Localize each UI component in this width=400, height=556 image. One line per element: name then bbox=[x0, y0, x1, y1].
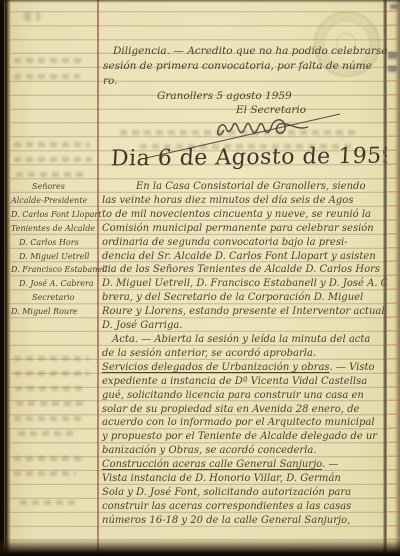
diligencia-line: sesión de primera convocatoria, por falt… bbox=[103, 59, 385, 74]
body-line: Comisión municipal permanente para celeb… bbox=[102, 222, 386, 236]
ink-bleed-through bbox=[14, 58, 86, 63]
top-page-shadow bbox=[0, 0, 400, 3]
body-line: y propuesto por el Teniente de Alcalde d… bbox=[102, 430, 386, 444]
ink-bleed-through bbox=[14, 142, 90, 147]
margin-item: Señores bbox=[11, 180, 97, 194]
body-line: gué, solicitando licencia para construir… bbox=[102, 389, 386, 403]
margin-item: D. Carlos Font Llopart bbox=[11, 208, 97, 222]
diligencia-note: Diligencia. — Acredito que no ha podido … bbox=[103, 44, 385, 90]
next-page-ruling bbox=[387, 0, 400, 556]
body-line: números 16-18 y 20 de la calle General S… bbox=[102, 514, 386, 528]
binding-edge bbox=[0, 0, 11, 556]
ink-bleed-through bbox=[16, 401, 88, 406]
margin-item: D. Miguel Roure bbox=[11, 305, 97, 319]
margin-item: D. José A. Cabrera bbox=[11, 277, 97, 291]
binding-streak bbox=[4, 0, 5, 556]
bottom-page-shadow bbox=[0, 539, 400, 556]
margin-item: D. Francisco Estabanell bbox=[11, 263, 97, 277]
next-page-edge bbox=[387, 0, 400, 556]
red-margin-rule bbox=[97, 0, 99, 556]
body-line: to de mil novecientos cincuenta y nueve,… bbox=[102, 208, 386, 222]
body-line: Sola y D. José Font, solicitando autoriz… bbox=[102, 486, 386, 500]
section-heading-underlined: Construcción aceras calle General Sanjur… bbox=[102, 459, 322, 470]
body-line: cia de los Señores Tenientes de Alcalde … bbox=[102, 263, 386, 277]
session-date-title: Dia 6 de Agosto de 1959 bbox=[110, 144, 397, 172]
attendees-margin: Señores Alcalde-Presidente D. Carlos Fon… bbox=[11, 180, 97, 319]
margin-item: D. Miguel Uetrell bbox=[11, 250, 97, 264]
body-line: ordinaria de segunda convocatoria bajo l… bbox=[102, 236, 386, 250]
edge-ink-mark bbox=[388, 52, 397, 59]
body-line: Acta. — Abierta la sesión y leída la min… bbox=[102, 333, 386, 347]
section-heading-urbanizacion: Servicios delegados de Urbanización y ob… bbox=[102, 361, 386, 375]
diligencia-line: ro. bbox=[103, 74, 385, 89]
body-line: dencia del Sr. Alcalde D. Carlos Font Ll… bbox=[102, 250, 386, 264]
body-line: construir las aceras correspondientes a … bbox=[102, 500, 386, 514]
body-line: banización y Obras, se acordó concederla… bbox=[102, 444, 386, 458]
ink-bleed-through bbox=[15, 386, 85, 391]
minutes-book-page: Diligencia. — Acredito que no ha podido … bbox=[0, 0, 400, 556]
margin-item: D. Carlos Hors bbox=[11, 236, 97, 250]
ink-bleed-through bbox=[14, 356, 89, 361]
ink-bleed-through bbox=[24, 12, 40, 21]
ink-bleed-through bbox=[14, 416, 84, 421]
margin-item: Alcalde-Presidente bbox=[11, 194, 97, 208]
section-heading-underlined: Servicios delegados de Urbanización y ob… bbox=[102, 362, 330, 373]
body-line: Roure y Llorens, estando presente el Int… bbox=[102, 305, 386, 319]
body-line: brera, y del Secretario de la Corporació… bbox=[102, 291, 386, 305]
body-line: solar de su propiedad sita en Avenida 28… bbox=[102, 403, 386, 417]
body-line: expediente a instancia de Dª Vicenta Vid… bbox=[102, 375, 386, 389]
margin-item: Tenientes de Alcalde bbox=[11, 222, 97, 236]
minutes-body: En la Casa Consistorial de Granollers, s… bbox=[102, 180, 386, 528]
body-line: En la Casa Consistorial de Granollers, s… bbox=[102, 180, 386, 194]
edge-ink-mark bbox=[390, 4, 398, 9]
ink-bleed-through bbox=[20, 500, 80, 505]
ink-bleed-through bbox=[18, 431, 78, 436]
ink-bleed-through bbox=[14, 456, 84, 461]
ink-bleed-through bbox=[14, 371, 89, 376]
body-line: de la sesión anterior, se acordó aprobar… bbox=[102, 347, 386, 361]
ink-bleed-through bbox=[14, 157, 92, 162]
section-heading-rest: . — bbox=[322, 459, 338, 470]
margin-item: Secretario bbox=[11, 291, 97, 305]
ink-bleed-through bbox=[14, 74, 80, 79]
body-line: las veinte horas diez minutos del día se… bbox=[102, 194, 386, 208]
edge-ink-mark bbox=[388, 66, 397, 72]
diligencia-line: Diligencia. — Acredito que no ha podido … bbox=[103, 44, 385, 59]
ink-bleed-through bbox=[14, 471, 76, 476]
secretary-signature bbox=[218, 120, 308, 135]
body-line: D. José Garriga. bbox=[102, 319, 386, 333]
section-heading-rest: . — Visto bbox=[330, 362, 375, 373]
body-line: D. Miguel Uetrell, D. Francisco Estabane… bbox=[102, 277, 386, 291]
body-line: acuerdo con lo informado por el Arquitec… bbox=[102, 416, 386, 430]
ink-bleed-through bbox=[16, 172, 86, 177]
section-heading-aceras: Construcción aceras calle General Sanjur… bbox=[102, 458, 386, 472]
body-line: Vista instancia de D. Honorio Villar, D.… bbox=[102, 472, 386, 486]
